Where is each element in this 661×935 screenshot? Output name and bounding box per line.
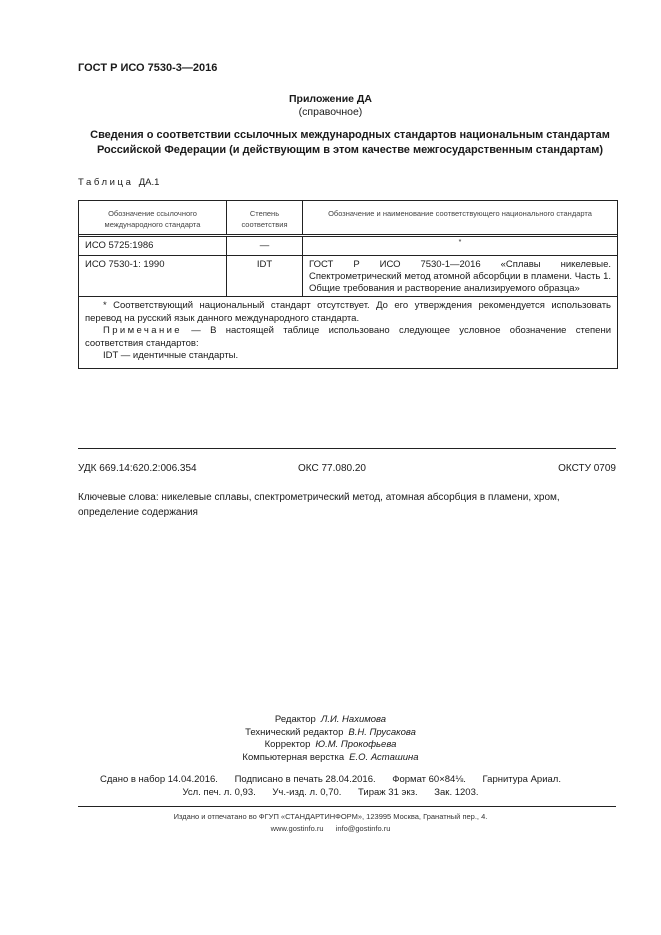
- website-link[interactable]: www.gostinfo.ru: [271, 824, 324, 833]
- credit-role: Технический редактор: [245, 727, 343, 738]
- cell-degree: —: [227, 237, 303, 255]
- table-label: Таблица ДА.1: [78, 177, 159, 188]
- udk-code: УДК 669.14:620.2:006.354: [78, 463, 197, 474]
- table-label-number: ДА.1: [139, 177, 160, 188]
- divider: [78, 806, 616, 807]
- table-notes-row: * Соответствующий национальный стандарт …: [79, 296, 617, 368]
- print-sheets: Усл. печ. л. 0,93.: [182, 787, 255, 798]
- imprint: Издано и отпечатано во ФГУП «СТАНДАРТИНФ…: [0, 811, 661, 835]
- table-note: Примечание — В настоящей таблице использ…: [85, 325, 611, 350]
- header-national-standard: Обозначение и наименование соответствующ…: [303, 201, 617, 234]
- publisher-sheets: Уч.-изд. л. 0,70.: [272, 787, 341, 798]
- credit-line: Технический редакторВ.Н. Прусакова: [0, 727, 661, 740]
- table-row: ИСО 7530-1: 1990 IDT ГОСТ Р ИСО 7530-1—2…: [79, 255, 617, 296]
- paper-format: Формат 60×84⅛.: [392, 774, 466, 785]
- contact-line: www.gostinfo.ru info@gostinfo.ru: [0, 823, 661, 835]
- credit-role: Редактор: [275, 714, 316, 725]
- typeset-date: Сдано в набор 14.04.2016.: [100, 774, 218, 785]
- table-header-row: Обозначение ссылочного международного ст…: [79, 201, 617, 234]
- publication-line-2: Усл. печ. л. 0,93. Уч.-изд. л. 0,70. Тир…: [0, 786, 661, 799]
- credit-line: Компьютерная версткаЕ.О. Асташина: [0, 752, 661, 765]
- table-row: ИСО 5725:1986 — *: [79, 234, 617, 255]
- cell-degree: IDT: [227, 256, 303, 296]
- section-title: Сведения о соответствии ссылочных междун…: [70, 128, 630, 158]
- credit-name: Л.И. Нахимова: [321, 714, 386, 725]
- annex-title: Приложение ДА: [0, 93, 661, 106]
- keywords: Ключевые слова: никелевые сплавы, спектр…: [78, 490, 616, 520]
- credit-name: В.Н. Прусакова: [348, 727, 416, 738]
- circulation: Тираж 31 экз.: [358, 787, 418, 798]
- document-code: ГОСТ Р ИСО 7530-3—2016: [78, 62, 217, 74]
- header-degree: Степень соответствия: [227, 201, 303, 234]
- annex-subtitle: (справочное): [0, 106, 661, 119]
- credits: РедакторЛ.И. Нахимова Технический редакт…: [0, 714, 661, 764]
- signed-date: Подписано в печать 28.04.2016.: [235, 774, 376, 785]
- section-title-line-1: Сведения о соответствии ссылочных междун…: [70, 128, 630, 143]
- credit-role: Компьютерная верстка: [242, 752, 344, 763]
- cell-national-standard: *: [303, 237, 617, 255]
- email-link[interactable]: info@gostinfo.ru: [336, 824, 391, 833]
- annex-heading: Приложение ДА (справочное): [0, 93, 661, 119]
- oks-code: ОКС 77.080.20: [298, 463, 366, 474]
- cell-intl-standard: ИСО 7530-1: 1990: [79, 256, 227, 296]
- header-intl-standard: Обозначение ссылочного международного ст…: [79, 201, 227, 234]
- table-label-word: Таблица: [78, 177, 133, 188]
- order-number: Зак. 1203.: [434, 787, 478, 798]
- credit-line: РедакторЛ.И. Нахимова: [0, 714, 661, 727]
- cell-national-standard: ГОСТ Р ИСО 7530-1—2016 «Сплавы никелевые…: [303, 256, 617, 296]
- credit-line: КорректорЮ.М. Прокофьева: [0, 739, 661, 752]
- publisher-info: Издано и отпечатано во ФГУП «СТАНДАРТИНФ…: [0, 811, 661, 823]
- note-label: Примечание: [103, 325, 182, 336]
- credit-role: Корректор: [265, 739, 311, 750]
- okstu-code: ОКСТУ 0709: [558, 463, 616, 474]
- note-item: IDT — идентичные стандарты.: [85, 350, 611, 363]
- cell-intl-standard: ИСО 5725:1986: [79, 237, 227, 255]
- table-footnote: * Соответствующий национальный стандарт …: [85, 300, 611, 325]
- section-title-line-2: Российской Федерации (и действующим в эт…: [70, 143, 630, 158]
- publication-details: Сдано в набор 14.04.2016. Подписано в пе…: [0, 773, 661, 799]
- correspondence-table: Обозначение ссылочного международного ст…: [78, 200, 618, 369]
- classification-codes: УДК 669.14:620.2:006.354 ОКС 77.080.20 О…: [78, 463, 616, 474]
- credit-name: Ю.М. Прокофьева: [315, 739, 396, 750]
- typeface: Гарнитура Ариал.: [483, 774, 561, 785]
- divider: [78, 448, 616, 449]
- table-notes: * Соответствующий национальный стандарт …: [79, 297, 617, 368]
- credit-name: Е.О. Асташина: [349, 752, 418, 763]
- publication-line-1: Сдано в набор 14.04.2016. Подписано в пе…: [0, 773, 661, 786]
